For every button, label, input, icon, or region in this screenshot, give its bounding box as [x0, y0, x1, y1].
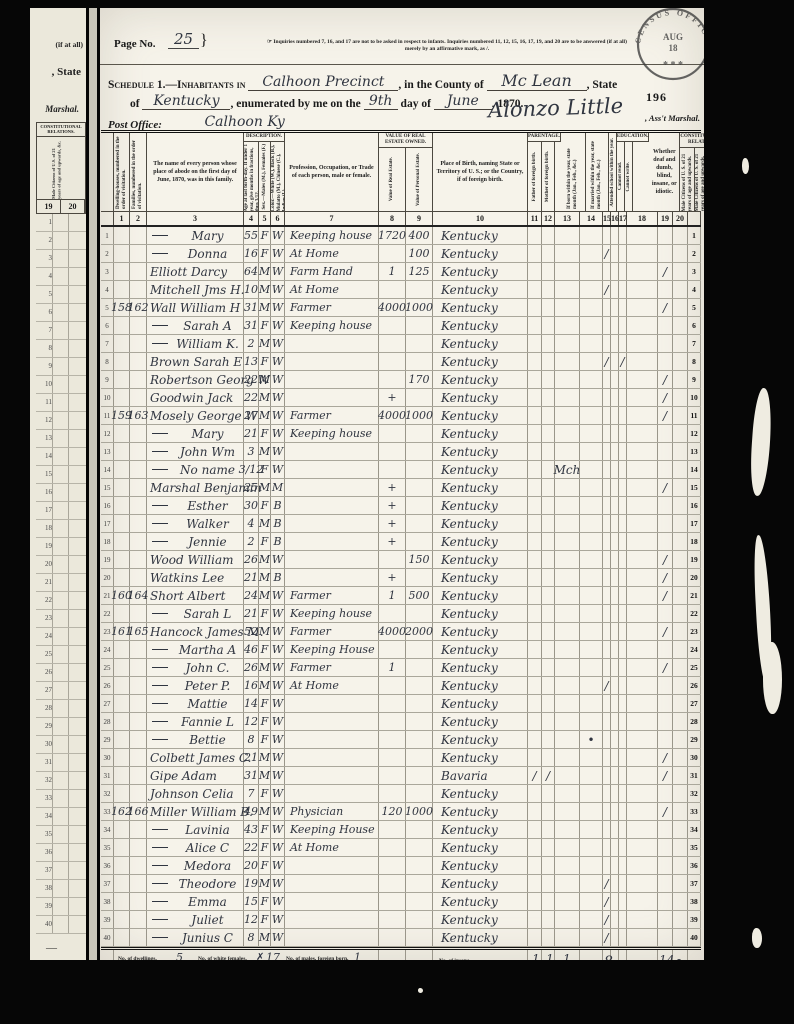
cell-col15 [603, 785, 611, 802]
cell-dwelling [114, 839, 130, 856]
cell-sex: M [259, 335, 271, 352]
page-no-value: 25 [168, 30, 199, 49]
column-group-cells-education: Cannot read.Cannot write. [617, 142, 649, 211]
cell-col12 [542, 749, 555, 766]
cell-color: W [271, 551, 285, 568]
prev-table-row: 35 [36, 826, 86, 844]
cell-occupation-text: Farmer [290, 625, 331, 638]
cell-col20 [673, 659, 688, 676]
cell-name: Martha A [147, 641, 244, 658]
table-row: 13John Wm3MWKentucky13 [101, 443, 701, 461]
cell-birthplace-text: Kentucky [441, 913, 498, 927]
cell-col17 [619, 569, 627, 586]
enum-label: , enumerated by me on the [230, 98, 360, 110]
table-row: 18Jennie2FB+Kentucky18 [101, 533, 701, 551]
month-slot: June [434, 93, 492, 110]
prev-row-number: 34 [36, 808, 52, 825]
cell-age-text: 13 [244, 355, 258, 368]
prev-row-number: 40 [36, 916, 52, 933]
cell-col11 [528, 443, 542, 460]
prev-empty-cell [68, 700, 84, 717]
ditto-mark [152, 703, 168, 704]
footer-blank-line-insane [483, 954, 513, 960]
cell-color-text: B [273, 571, 281, 584]
cell-personal-estate-text: 2000 [405, 625, 433, 638]
cell-col16 [611, 551, 619, 568]
cell-birthplace: Kentucky [433, 641, 528, 658]
cell-dwelling [114, 461, 130, 478]
cell-birthplace-text: Kentucky [441, 643, 498, 657]
table-row: 19Wood William26MW150Kentucky/19 [101, 551, 701, 569]
cell-col17 [619, 281, 627, 298]
cell-color: W [271, 839, 285, 856]
cell-name: Lavinia [147, 821, 244, 838]
name-text: Mitchell Jms H. [150, 283, 244, 297]
cell-col15-text: / [604, 283, 608, 297]
ditto-mark [152, 919, 168, 920]
cell-color: W [271, 299, 285, 316]
cell-age-text: 7 [248, 787, 255, 800]
row-number-right: 34 [688, 821, 701, 838]
cell-col19-text: / [663, 769, 667, 783]
cell-sex-text: F [261, 733, 269, 746]
cell-real-estate-text: + [387, 535, 396, 548]
cell-dwelling [114, 263, 130, 280]
prev-table-row: 16 [36, 484, 86, 502]
cell-personal-estate [406, 857, 433, 874]
prev-empty-cell [68, 736, 84, 753]
cell-birthplace-text: Kentucky [441, 247, 498, 261]
cell-color-text: W [272, 787, 283, 800]
prev-table-row: 36 [36, 844, 86, 862]
cell-birthplace: Kentucky [433, 515, 528, 532]
footer-insane-cell: No. of insane, [433, 950, 528, 960]
cell-col18 [627, 803, 658, 820]
cell-personal-estate: 1000 [406, 299, 433, 316]
column-heading-text-8: Value of Real Estate. [389, 157, 395, 201]
cell-family [130, 659, 147, 676]
ditto-mark [152, 433, 168, 434]
cell-birthplace-text: Kentucky [441, 337, 498, 351]
prev-column-heading-text: Male Citizens of U.S. of 21 years of age… [51, 137, 62, 199]
cell-col12 [542, 353, 555, 370]
stamp-stars: * * * [663, 60, 683, 71]
prev-table-row: 5 [36, 286, 86, 304]
cell-col20 [673, 371, 688, 388]
column-heading-text-6: Color.—White (W.), Black (B.), Mulatto (… [271, 142, 284, 211]
cell-col15 [603, 623, 611, 640]
prev-row-number: 14 [36, 448, 52, 465]
cell-col17 [619, 227, 627, 244]
cell-color: W [271, 389, 285, 406]
cell-col13 [555, 839, 580, 856]
footer-mark-c15: 8 [603, 950, 611, 960]
cell-personal-estate [406, 443, 433, 460]
cell-occupation-text: At Home [290, 283, 339, 296]
cell-sex-text: F [261, 463, 269, 476]
cell-family-text: 162 [128, 301, 149, 314]
column-heading-text-18: Whether deaf and dumb, blind, insane, or… [649, 146, 679, 199]
prev-row-number: 37 [36, 862, 52, 879]
prev-table-row: 15 [36, 466, 86, 484]
cell-col15 [603, 857, 611, 874]
cell-color: W [271, 245, 285, 262]
cell-family [130, 893, 147, 910]
cell-real-estate: 4000 [379, 407, 406, 424]
cell-personal-estate: 125 [406, 263, 433, 280]
cell-dwelling [114, 389, 130, 406]
cell-color: W [271, 857, 285, 874]
cell-personal-estate-text: 1000 [405, 409, 433, 422]
cell-dwelling [114, 569, 130, 586]
prev-table-row: 27 [36, 682, 86, 700]
cell-birthplace-text: Kentucky [441, 409, 498, 423]
cell-personal-estate: 150 [406, 551, 433, 568]
cell-dwelling [114, 515, 130, 532]
cell-occupation-text: Physician [290, 805, 343, 818]
cell-sex: F [259, 425, 271, 442]
table-row: 34Lavinia43FWKeeping HouseKentucky34 [101, 821, 701, 839]
cell-color-text: W [272, 859, 283, 872]
cell-col16 [611, 263, 619, 280]
prev-table-row: 18 [36, 520, 86, 538]
cell-color-text: W [272, 805, 283, 818]
prev-empty-cell [52, 358, 68, 375]
cell-personal-estate: 2000 [406, 623, 433, 640]
cell-birthplace-text: Kentucky [441, 481, 498, 495]
column-heading-text-9: Value of Personal Estate. [416, 153, 422, 206]
name-text: William K. [176, 337, 239, 351]
cell-col15 [603, 317, 611, 334]
cell-col17 [619, 875, 627, 892]
cell-col17 [619, 839, 627, 856]
column-number-7: 7 [285, 212, 379, 225]
cell-sex-text: M [259, 877, 270, 890]
cell-family [130, 785, 147, 802]
cell-color: W [271, 281, 285, 298]
cell-birthplace-text: Kentucky [441, 445, 498, 459]
cell-occupation [285, 713, 379, 730]
column-group-cells-constitutional: Male Citizens of U. S. of 21 years of ag… [680, 148, 704, 212]
row-number-right: 3 [688, 263, 701, 280]
cell-age: 2 [244, 335, 259, 352]
cell-col20 [673, 551, 688, 568]
cell-col19-text: / [663, 481, 667, 495]
cell-color-text: W [272, 877, 283, 890]
cell-birthplace: Kentucky [433, 317, 528, 334]
name-text: Junius C [182, 931, 233, 945]
cell-col12 [542, 677, 555, 694]
table-row: 26Peter P.16MWAt HomeKentucky/26 [101, 677, 701, 695]
cell-col14: • [580, 731, 603, 748]
cell-col11 [528, 857, 542, 874]
cell-col17 [619, 587, 627, 604]
cell-family [130, 911, 147, 928]
cell-name: Robertson Georg W [147, 371, 244, 388]
cell-occupation [285, 389, 379, 406]
cell-sex: F [259, 731, 271, 748]
prev-row-number: 6 [36, 304, 52, 321]
cell-col15-text: / [604, 877, 608, 891]
cell-real-estate: + [379, 479, 406, 496]
cell-name: Mosely George W [147, 407, 244, 424]
prev-row-number: 36 [36, 844, 52, 861]
cell-col17 [619, 335, 627, 352]
cell-name: Mary [147, 425, 244, 442]
cell-personal-estate: 100 [406, 245, 433, 262]
prev-empty-cell [68, 862, 84, 879]
row-number-right: 19 [688, 551, 701, 568]
cell-col15-text: / [604, 931, 608, 945]
cell-sex: F [259, 839, 271, 856]
cell-personal-estate [406, 533, 433, 550]
cell-age-text: 15 [244, 895, 258, 908]
cell-col18 [627, 281, 658, 298]
cell-col14 [580, 551, 603, 568]
cell-personal-estate [406, 497, 433, 514]
cell-col19 [658, 443, 673, 460]
name-text: Walker [186, 517, 228, 531]
cell-col19-text: / [663, 301, 667, 315]
cell-age: 31 [244, 317, 259, 334]
cell-age-text: 21 [244, 607, 258, 620]
cell-real-estate: + [379, 497, 406, 514]
cell-col20 [673, 911, 688, 928]
cell-col18 [627, 497, 658, 514]
footer-mark-c14 [580, 950, 603, 960]
cell-col16 [611, 605, 619, 622]
cell-color: W [271, 767, 285, 784]
cell-col19: / [658, 407, 673, 424]
cell-birthplace-text: Kentucky [441, 697, 498, 711]
cell-age: 22 [244, 371, 259, 388]
cell-col16 [611, 911, 619, 928]
prev-empty-cell [52, 214, 68, 231]
cell-col18 [627, 245, 658, 262]
cell-personal-estate [406, 695, 433, 712]
cell-col14 [580, 641, 603, 658]
cell-family-text: 163 [128, 409, 149, 422]
cell-age-text: 46 [244, 643, 258, 656]
cell-col20 [673, 353, 688, 370]
cell-col16 [611, 371, 619, 388]
cell-name: Esther [147, 497, 244, 514]
cell-col14 [580, 533, 603, 550]
cell-personal-estate [406, 425, 433, 442]
cell-col14 [580, 857, 603, 874]
scan-artifact [748, 388, 773, 497]
prev-row-number: 32 [36, 772, 52, 789]
column-heading-15: Attended school within the year. [609, 133, 617, 211]
cell-col16 [611, 461, 619, 478]
cell-family [130, 497, 147, 514]
prev-empty-cell [68, 682, 84, 699]
cell-col15 [603, 479, 611, 496]
cell-col12-text: / [546, 769, 550, 783]
cell-personal-estate-text: 500 [409, 589, 430, 602]
prev-row-number: 23 [36, 610, 52, 627]
cell-birthplace: Kentucky [433, 839, 528, 856]
prev-empty-cell [52, 592, 68, 609]
cell-name: No name [147, 461, 244, 478]
name-text: Mary [192, 427, 224, 441]
cell-birthplace-text: Kentucky [441, 229, 498, 243]
cell-occupation [285, 731, 379, 748]
row-number-right: 36 [688, 857, 701, 874]
cell-occupation [285, 353, 379, 370]
cell-real-estate [379, 461, 406, 478]
cell-color: W [271, 677, 285, 694]
table-row: 10Goodwin Jack22MW+Kentucky/10 [101, 389, 701, 407]
cell-col11 [528, 515, 542, 532]
cell-col20 [673, 605, 688, 622]
cell-sex: F [259, 713, 271, 730]
cell-sex-text: M [259, 373, 270, 386]
table-row: 1Mary55FWKeeping house1720400Kentucky1 [101, 227, 701, 245]
column-number-2: 2 [130, 212, 147, 225]
cell-col13 [555, 317, 580, 334]
cell-family [130, 245, 147, 262]
cell-age: 30 [244, 497, 259, 514]
cell-color: B [271, 497, 285, 514]
cell-col18 [627, 407, 658, 424]
cell-color: W [271, 605, 285, 622]
cell-col18 [627, 371, 658, 388]
census-page: Page No. 25 } ☞ Inquiries numbered 7, 16… [100, 8, 704, 960]
cell-occupation: Farmer [285, 299, 379, 316]
cell-col11 [528, 389, 542, 406]
county-label: , in the County of [398, 79, 483, 91]
cell-dwelling [114, 479, 130, 496]
cell-family [130, 605, 147, 622]
cell-color-text: W [272, 409, 283, 422]
cell-col18 [627, 461, 658, 478]
prev-table-row: 2 [36, 232, 86, 250]
cell-sex: M [259, 623, 271, 640]
table-row: 21160164Short Albert24MWFarmer1500Kentuc… [101, 587, 701, 605]
cell-sex-text: M [259, 283, 270, 296]
footer-gutter-left [101, 950, 114, 960]
ditto-mark [152, 901, 168, 902]
cell-col14 [580, 497, 603, 514]
cell-dwelling [114, 281, 130, 298]
cell-sex: M [259, 803, 271, 820]
row-number-left: 18 [101, 533, 114, 550]
prev-table-row: 26 [36, 664, 86, 682]
cell-col12 [542, 821, 555, 838]
cell-age-text: 2 [248, 535, 255, 548]
prev-row-number: 1 [36, 214, 52, 231]
prev-row-number: 18 [36, 520, 52, 537]
name-text: Johnson Celia [150, 787, 234, 801]
cell-family [130, 749, 147, 766]
cell-age-text: 4 [248, 517, 255, 530]
cell-age: 49 [244, 803, 259, 820]
prev-empty-cell [68, 772, 84, 789]
cell-col12 [542, 371, 555, 388]
cell-col19 [658, 605, 673, 622]
cell-birthplace-text: Kentucky [441, 661, 498, 675]
state-slot: Kentucky [142, 93, 230, 110]
cell-age: 10 [244, 281, 259, 298]
cell-sex: F [259, 317, 271, 334]
cell-col13: Mch [555, 461, 580, 478]
prev-column-header: CONSTITUTIONAL RELATIONS. Male Citizens … [36, 122, 86, 214]
prev-empty-cell [68, 502, 84, 519]
cell-col11 [528, 299, 542, 316]
table-row: 25John C.26MWFarmer1Kentucky/25 [101, 659, 701, 677]
cell-color-text: W [272, 355, 283, 368]
state-word: , State [587, 79, 618, 91]
cell-col16 [611, 677, 619, 694]
cell-col19 [658, 227, 673, 244]
cell-dwelling [114, 821, 130, 838]
cell-occupation: Keeping house [285, 605, 379, 622]
cell-sex-text: M [259, 391, 270, 404]
cell-age: 22 [244, 389, 259, 406]
column-heading-text-14: If married within the year, state month … [591, 135, 603, 209]
cell-col13 [555, 569, 580, 586]
cell-color-text: M [272, 481, 283, 494]
cell-col16 [611, 749, 619, 766]
cell-personal-estate [406, 659, 433, 676]
cell-col19-text: / [663, 553, 667, 567]
row-number-left: 34 [101, 821, 114, 838]
prev-table-row: 1 [36, 214, 86, 232]
name-text: Brown Sarah E [150, 355, 242, 369]
cell-col16 [611, 317, 619, 334]
table-row: 6Sarah A31FWKeeping houseKentucky6 [101, 317, 701, 335]
cell-birthplace-text: Kentucky [441, 553, 498, 567]
cell-col13 [555, 929, 580, 946]
cell-occupation: Farmer [285, 659, 379, 676]
cell-col16 [611, 857, 619, 874]
table-row: 22Sarah L21FWKeeping houseKentucky22 [101, 605, 701, 623]
prev-empty-cell [68, 484, 84, 501]
cell-birthplace: Kentucky [433, 263, 528, 280]
prev-empty-cell [52, 646, 68, 663]
cell-family-text: 166 [128, 805, 149, 818]
prev-empty-cell [52, 268, 68, 285]
prev-empty-cell [68, 322, 84, 339]
prev-row-number: 31 [36, 754, 52, 771]
cell-col11-text: / [532, 769, 536, 783]
row-number-left: 38 [101, 893, 114, 910]
cell-family [130, 929, 147, 946]
cell-col16 [611, 407, 619, 424]
cell-birthplace: Kentucky [433, 929, 528, 946]
cell-color-text: W [272, 679, 283, 692]
cell-col15 [603, 389, 611, 406]
cell-col20 [673, 731, 688, 748]
cell-name: Wood William [147, 551, 244, 568]
footer-real-estate-cell: 13843 [379, 950, 406, 960]
cell-col12 [542, 389, 555, 406]
cell-color-text: W [272, 607, 283, 620]
cell-birthplace: Kentucky [433, 443, 528, 460]
cell-name: Medora [147, 857, 244, 874]
prev-row-number: 21 [36, 574, 52, 591]
cell-name: Gipe Adam [147, 767, 244, 784]
cell-col11 [528, 839, 542, 856]
cell-name: Emma [147, 893, 244, 910]
cell-col12 [542, 227, 555, 244]
cell-birthplace: Kentucky [433, 335, 528, 352]
column-number-15: 15 [603, 212, 611, 225]
cell-col11 [528, 335, 542, 352]
cell-birthplace-text: Kentucky [441, 805, 498, 819]
row-number-left: 20 [101, 569, 114, 586]
